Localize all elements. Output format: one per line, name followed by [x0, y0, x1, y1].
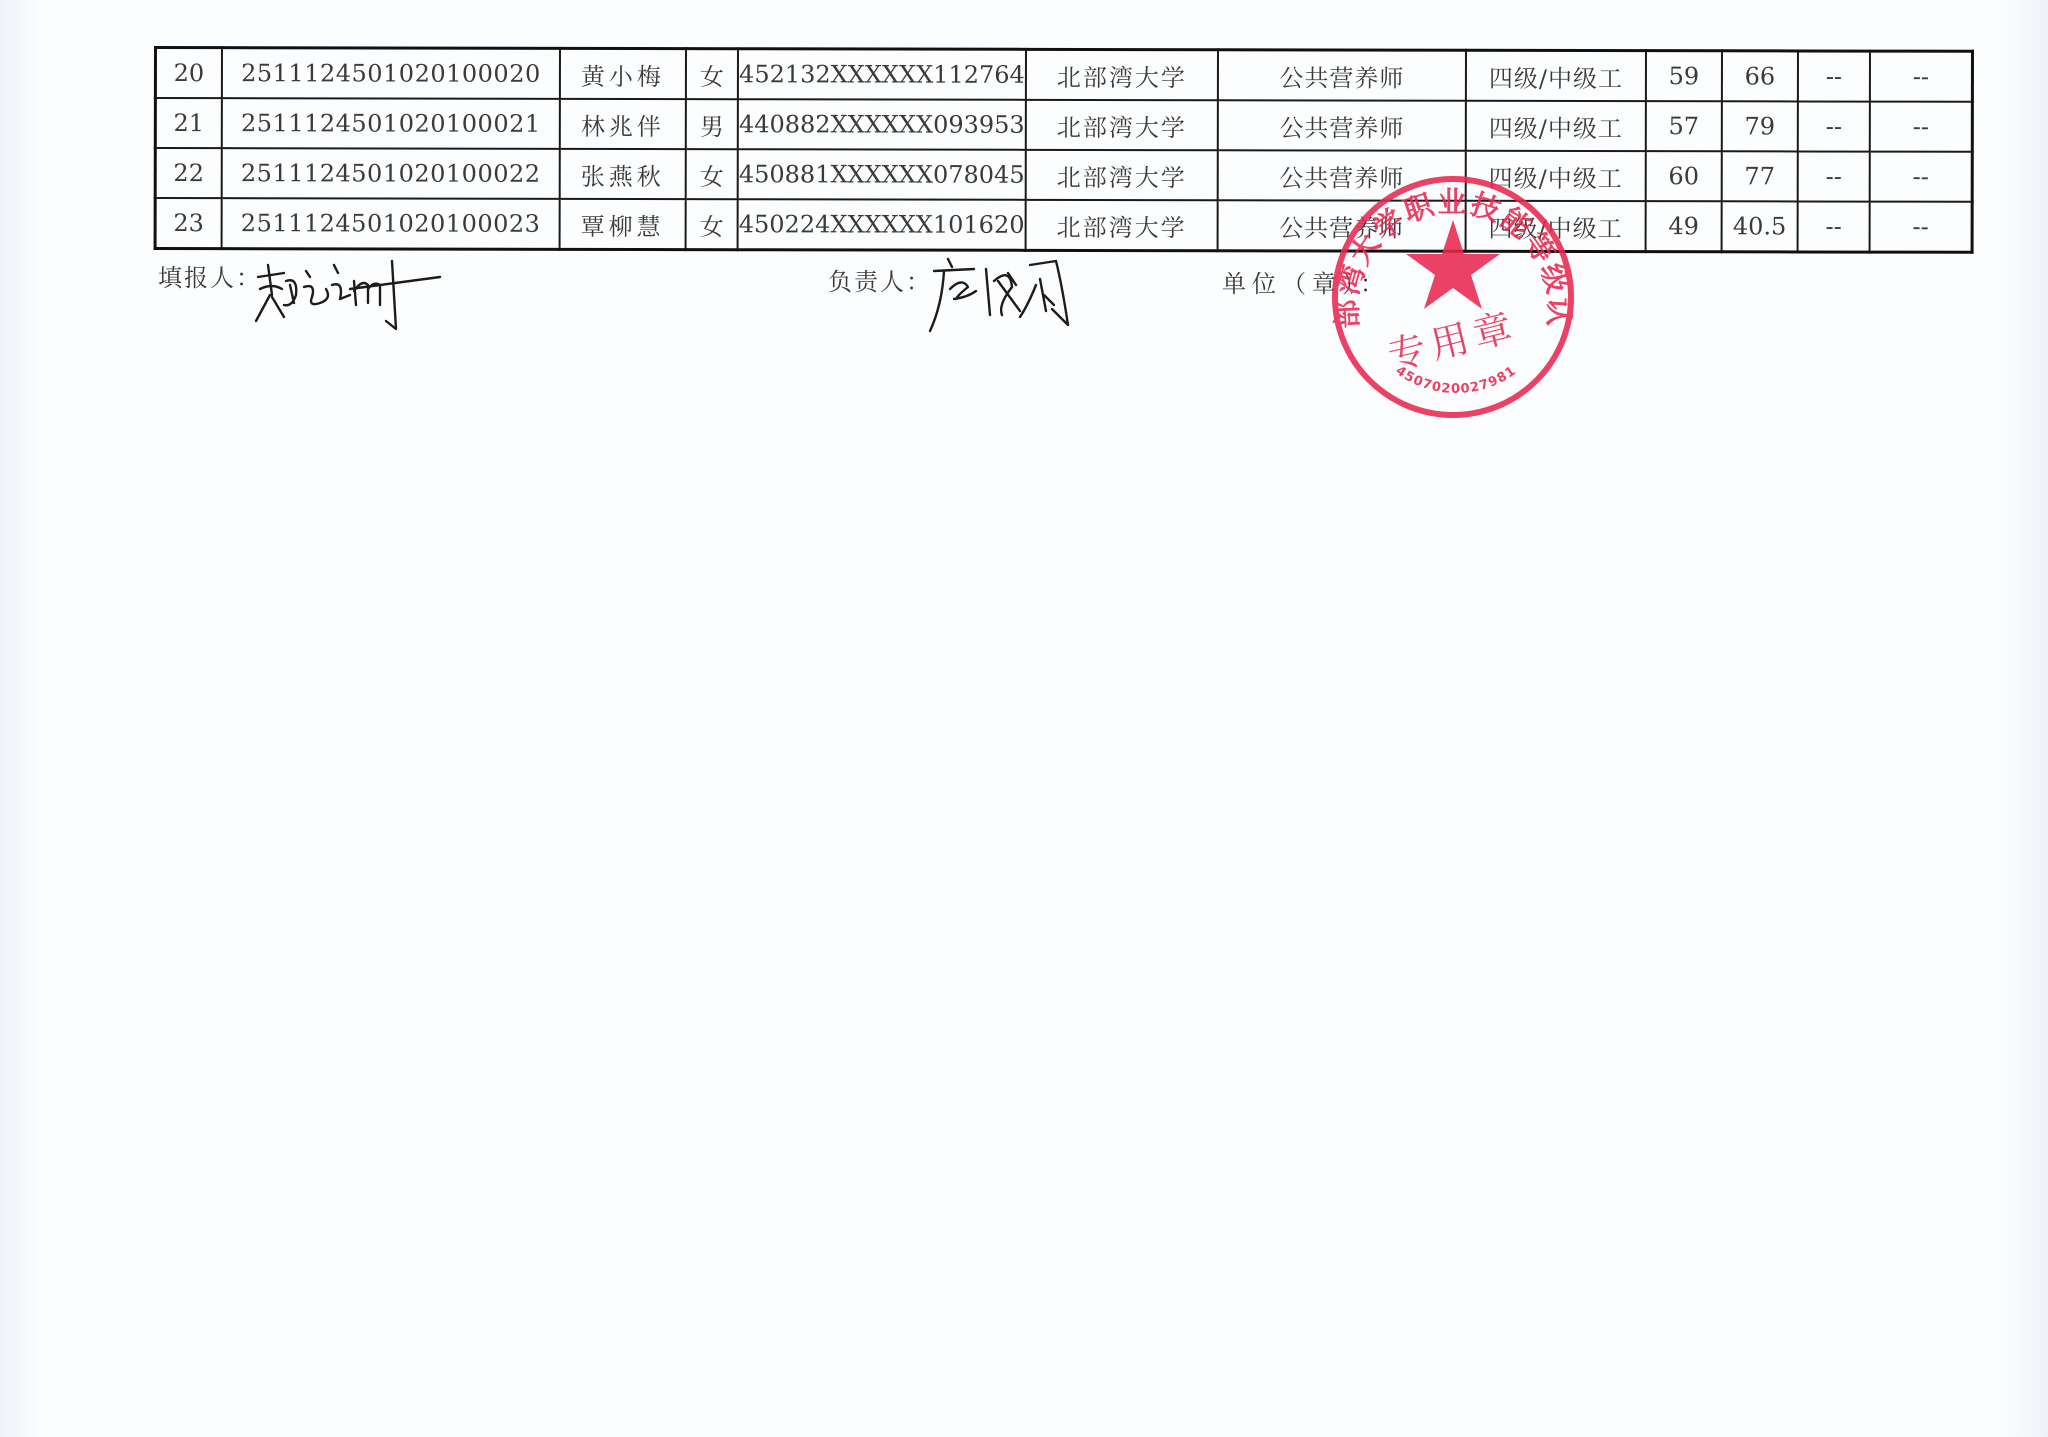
cell-score-1: 57	[1646, 101, 1722, 151]
responsible-signature-icon	[928, 255, 1128, 335]
cell-organization: 北部湾大学	[1026, 150, 1218, 200]
cell-level: 四级/中级工	[1466, 101, 1646, 151]
cell-organization: 北部湾大学	[1026, 49, 1218, 100]
table-row: 23 2511124501020100023 覃柳慧 女 450224XXXXX…	[155, 198, 1972, 252]
cell-name: 黄小梅	[560, 48, 686, 99]
cell-exam-number: 2511124501020100022	[222, 148, 560, 199]
table-row: 22 2511124501020100022 张燕秋 女 450881XXXXX…	[155, 148, 1972, 202]
cell-score-2: 77	[1722, 151, 1798, 201]
cell-score-4: --	[1870, 202, 1973, 253]
cell-score-3: --	[1798, 201, 1870, 252]
cell-score-4: --	[1870, 102, 1973, 152]
cell-gender: 女	[686, 199, 738, 250]
cell-score-3: --	[1798, 101, 1870, 151]
cell-index: 22	[155, 148, 222, 198]
cell-exam-number: 2511124501020100020	[222, 48, 560, 99]
results-table: 20 2511124501020100020 黄小梅 女 452132XXXXX…	[154, 46, 1974, 254]
cell-index: 20	[155, 48, 222, 99]
filler-label: 填报人：	[158, 258, 262, 293]
results-table-body: 20 2511124501020100020 黄小梅 女 452132XXXXX…	[155, 48, 1972, 253]
table-row: 21 2511124501020100021 林兆伴 男 440882XXXXX…	[155, 98, 1972, 152]
cell-score-3: --	[1798, 151, 1870, 201]
cell-gender: 女	[686, 149, 738, 199]
cell-id-number: 440882XXXXXX093953	[738, 99, 1026, 150]
cell-gender: 男	[686, 99, 738, 149]
cell-id-number: 452132XXXXXX112764	[738, 49, 1026, 100]
cell-organization: 北部湾大学	[1026, 200, 1218, 251]
cell-score-1: 49	[1646, 201, 1722, 252]
cell-score-1: 60	[1646, 151, 1722, 201]
cell-level: 四级/中级工	[1466, 50, 1646, 101]
cell-occupation: 公共营养师	[1218, 100, 1466, 151]
cell-occupation: 公共营养师	[1218, 50, 1466, 101]
cell-name: 覃柳慧	[560, 199, 686, 250]
cell-id-number: 450881XXXXXX078045	[738, 149, 1026, 200]
cell-score-1: 59	[1646, 51, 1722, 102]
cell-organization: 北部湾大学	[1026, 100, 1218, 150]
cell-exam-number: 2511124501020100021	[222, 98, 560, 149]
cell-score-4: --	[1870, 152, 1973, 202]
official-seal-icon: 北部湾大学职业技能等级认定 专用章 4507020027981	[1318, 162, 1588, 432]
cell-exam-number: 2511124501020100023	[222, 198, 560, 249]
filler-signature-icon	[250, 255, 450, 335]
cell-score-2: 40.5	[1722, 201, 1798, 252]
cell-name: 林兆伴	[560, 99, 686, 149]
cell-score-2: 79	[1722, 101, 1798, 151]
cell-id-number: 450224XXXXXX101620	[738, 199, 1026, 250]
responsible-person-label: 负责人：	[828, 262, 932, 297]
cell-score-3: --	[1798, 51, 1870, 102]
cell-name: 张燕秋	[560, 149, 686, 199]
cell-score-4: --	[1870, 51, 1973, 102]
cell-score-2: 66	[1722, 51, 1798, 102]
table-row: 20 2511124501020100020 黄小梅 女 452132XXXXX…	[155, 48, 1972, 102]
cell-index: 21	[155, 98, 222, 148]
cell-index: 23	[155, 198, 222, 249]
cell-gender: 女	[686, 49, 738, 100]
star-icon	[1406, 220, 1500, 309]
